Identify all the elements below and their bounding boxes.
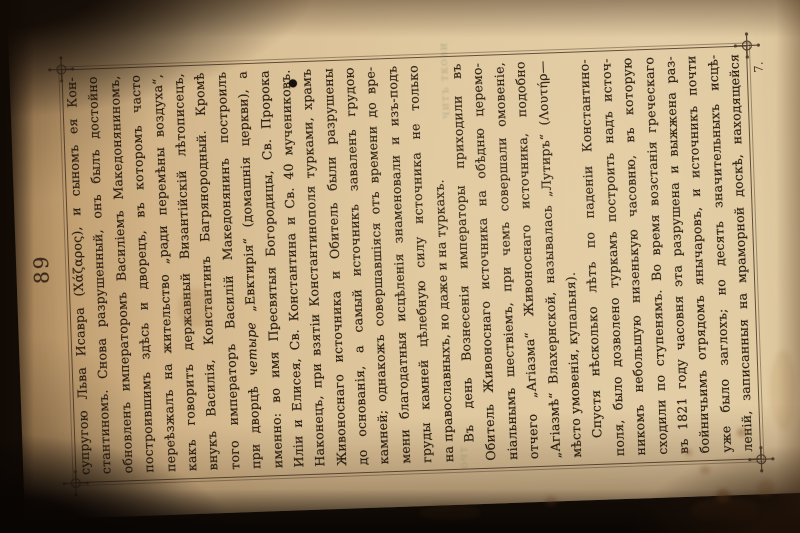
signature-mark: 7. bbox=[751, 44, 767, 90]
ghost-showthrough-text: очт bbox=[457, 445, 471, 468]
stain bbox=[178, 288, 212, 328]
stain bbox=[757, 480, 775, 496]
stain bbox=[716, 489, 730, 503]
stain bbox=[700, 466, 710, 474]
ghost-showthrough-text: читъ ткови bbox=[436, 42, 453, 120]
stain bbox=[737, 428, 746, 437]
page-number: 89 bbox=[27, 204, 56, 335]
stain bbox=[770, 350, 796, 430]
text-block: супругою Льва Исавра (Χάζαρος), и сыномъ… bbox=[61, 54, 759, 476]
book-photo: 89 bbox=[0, 0, 800, 533]
stain bbox=[685, 449, 692, 456]
stain bbox=[545, 496, 557, 506]
ink-blot bbox=[289, 79, 297, 87]
book-page: 89 bbox=[6, 0, 800, 520]
stain bbox=[420, 504, 480, 522]
